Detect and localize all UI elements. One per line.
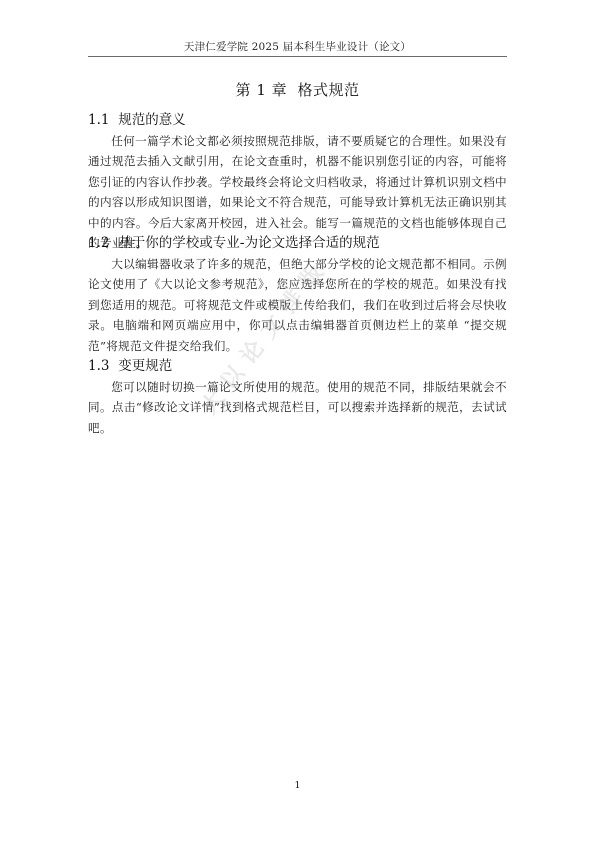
section-title: 规范的意义	[118, 112, 186, 128]
chapter-name: 格式规范	[297, 81, 359, 99]
section-heading: 1.3 变更规范	[88, 356, 507, 377]
chapter-suffix: 章	[272, 81, 288, 99]
section-heading: 1.1 规范的意义	[88, 110, 507, 131]
section-title: 变更规范	[118, 358, 172, 374]
running-header: 天津仁爱学院 2025 届本科生毕业设计（论文）	[88, 40, 507, 54]
body-paragraph: 大以编辑器收录了许多的规范，但绝大部分学校的论文规范都不相同。示例论文使用了《大…	[88, 254, 507, 357]
section-1-2: 1.2 基于你的学校或专业-为论文选择合适的规范 大以编辑器收录了许多的规范，但…	[88, 233, 507, 356]
section-title: 基于你的学校或专业-为论文选择合适的规范	[118, 235, 379, 251]
section-number: 1.3	[88, 356, 114, 377]
section-number: 1.1	[88, 110, 114, 131]
section-heading: 1.2 基于你的学校或专业-为论文选择合适的规范	[88, 233, 507, 254]
document-page: 天津仁爱学院 2025 届本科生毕业设计（论文） 第 1 章 格式规范 1.1 …	[0, 0, 595, 842]
chapter-title: 第 1 章 格式规范	[88, 80, 507, 100]
body-paragraph: 您可以随时切换一篇论文所使用的规范。使用的规范不同，排版结果就会不同。点击“修改…	[88, 377, 507, 439]
section-1-3: 1.3 变更规范 您可以随时切换一篇论文所使用的规范。使用的规范不同，排版结果就…	[88, 356, 507, 438]
page-number: 1	[88, 780, 507, 792]
section-number: 1.2	[88, 233, 114, 254]
chapter-prefix: 第	[236, 81, 252, 99]
header-rule	[88, 56, 507, 57]
chapter-number: 1	[256, 81, 266, 99]
section-1-1: 1.1 规范的意义 任何一篇学术论文都必须按照规范排版，请不要质疑它的合理性。如…	[88, 110, 507, 254]
